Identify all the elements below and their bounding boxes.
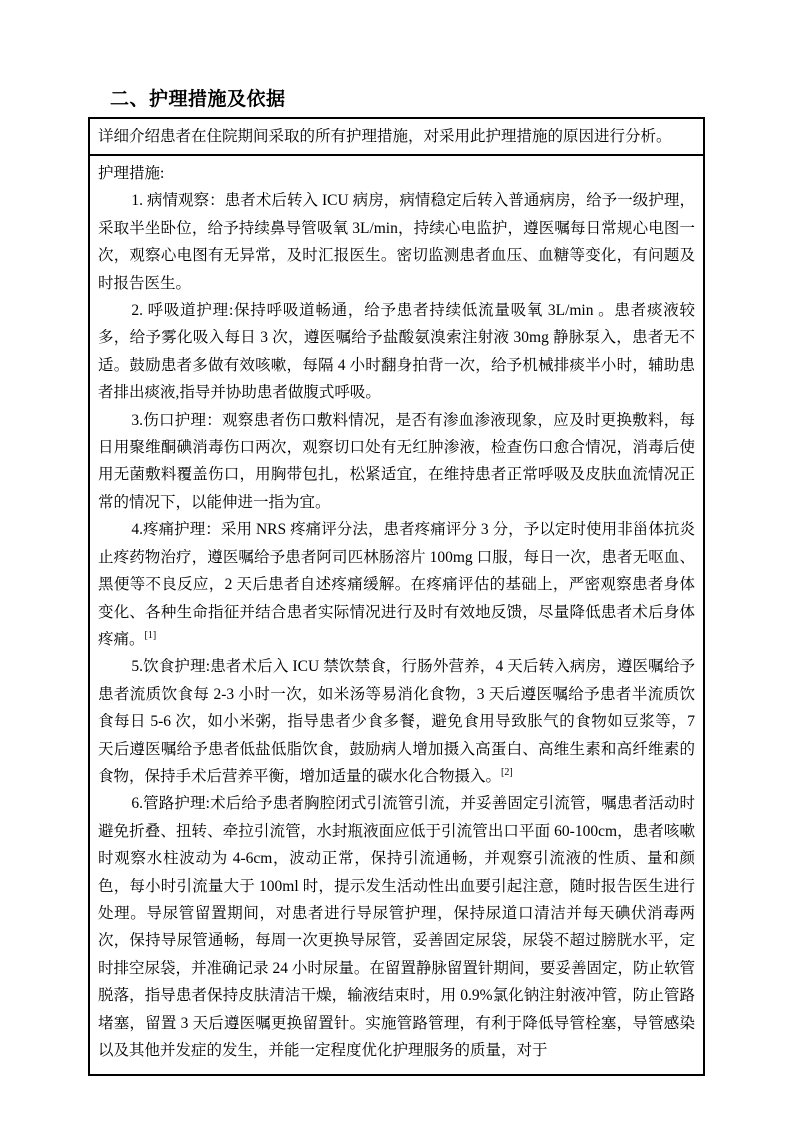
measure-paragraph: 3.伤口护理：观察患者伤口敷料情况，是否有渗血渗液现象，应及时更换敷料，每日用聚… xyxy=(98,407,695,517)
measures-paragraph-list: 1. 病情观察：患者术后转入 ICU 病房，病情稳定后转入普通病房，给予一级护理… xyxy=(98,187,695,1064)
measure-paragraph: 5.饮食护理:患者术后入 ICU 禁饮禁食，行肠外营养，4 天后转入病房，遵医嘱… xyxy=(98,653,695,790)
measure-paragraph: 1. 病情观察：患者术后转入 ICU 病房，病情稳定后转入普通病房，给予一级护理… xyxy=(98,187,695,297)
nursing-measures-table: 详细介绍患者在住院期间采取的所有护理措施，对采用此护理措施的原因进行分析。 护理… xyxy=(88,117,705,1076)
table-header-cell: 详细介绍患者在住院期间采取的所有护理措施，对采用此护理措施的原因进行分析。 xyxy=(90,119,703,156)
measure-paragraph: 6.管路护理:术后给予患者胸腔闭式引流管引流，并妥善固定引流管，嘱患者活动时避免… xyxy=(98,790,695,1064)
measures-label: 护理措施: xyxy=(98,160,695,187)
measure-paragraph: 2. 呼吸道护理:保持呼吸道畅通，给予患者持续低流量吸氧 3L/min 。患者痰… xyxy=(98,297,695,407)
table-body-cell: 护理措施: 1. 病情观察：患者术后转入 ICU 病房，病情稳定后转入普通病房，… xyxy=(90,156,703,1074)
reference-marker: [1] xyxy=(145,630,157,641)
document-page: 二、护理措施及依据 详细介绍患者在住院期间采取的所有护理措施，对采用此护理措施的… xyxy=(0,0,793,1122)
section-title: 二、护理措施及依据 xyxy=(110,84,286,111)
reference-marker: [2] xyxy=(501,767,513,778)
measure-paragraph: 4.疼痛护理：采用 NRS 疼痛评分法，患者疼痛评分 3 分，予以定时使用非甾体… xyxy=(98,516,695,653)
